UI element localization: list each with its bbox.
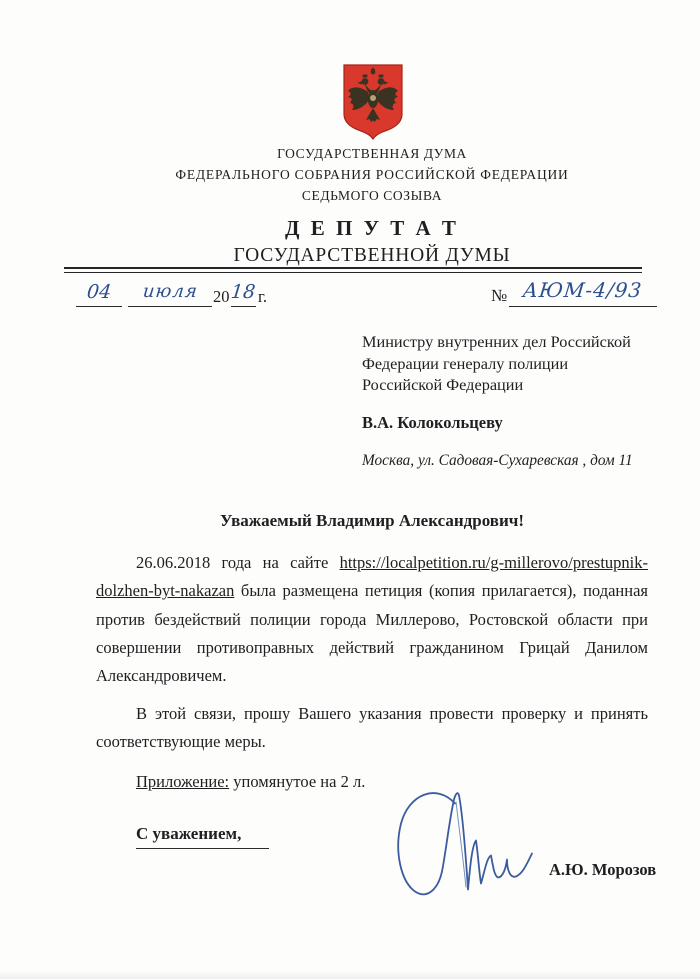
- deputy-title-line2: ГОСУДАРСТВЕННОЙ ДУМЫ: [44, 245, 700, 267]
- document-number-slot: АЮМ-4/93: [509, 278, 657, 307]
- recipient-name: В.А. Колокольцеву: [362, 413, 654, 433]
- date-year-suffix: г.: [258, 287, 267, 307]
- org-name-line2: ФЕДЕРАЛЬНОГО СОБРАНИЯ РОССИЙСКОЙ ФЕДЕРАЦ…: [44, 167, 700, 183]
- handwritten-year: 18: [230, 281, 256, 303]
- scanned-letter-page: ГОСУДАРСТВЕННАЯ ДУМА ФЕДЕРАЛЬНОГО СОБРАН…: [0, 0, 700, 979]
- date-day-slot: 04: [76, 281, 122, 307]
- handwritten-month: июля: [141, 281, 198, 302]
- recipient-block: Министру внутренних дел Российской Федер…: [362, 331, 654, 470]
- handwritten-day: 04: [86, 281, 112, 303]
- body-paragraph-2: В этой связи, прошу Вашего указания пров…: [96, 700, 648, 757]
- russia-coat-of-arms-icon: [340, 62, 406, 141]
- salutation: Уважаемый Владимир Александрович!: [96, 511, 648, 531]
- body-paragraph-1: 26.06.2018 года на сайте https://localpe…: [96, 549, 648, 690]
- number-sign: №: [491, 286, 507, 306]
- org-name-line3: СЕДЬМОГО СОЗЫВА: [44, 188, 700, 204]
- attachment-label: Приложение:: [136, 772, 229, 791]
- handwritten-signature: [393, 786, 538, 904]
- closing-phrase: С уважением,: [136, 824, 269, 849]
- handwritten-document-number: АЮМ-4/93: [522, 278, 644, 302]
- org-name-line1: ГОСУДАРСТВЕННАЯ ДУМА: [44, 146, 700, 162]
- attachment-line: Приложение: упомянутое на 2 л.: [96, 768, 648, 796]
- recipient-title-line1: Министру внутренних дел Российской: [362, 331, 654, 353]
- deputy-title: Д Е П У Т А Т: [44, 216, 700, 241]
- letterhead: ГОСУДАРСТВЕННАЯ ДУМА ФЕДЕРАЛЬНОГО СОБРАН…: [44, 146, 700, 267]
- recipient-address: Москва, ул. Садовая-Сухаревская , дом 11: [362, 452, 654, 470]
- date-century-label: 20: [213, 287, 230, 307]
- paragraph1-text-before-link: 26.06.2018 года на сайте: [136, 553, 340, 572]
- letterhead-divider-rule: [64, 267, 642, 273]
- date-month-slot: июля: [128, 281, 212, 307]
- recipient-title-line2: Федерации генералу полиции: [362, 353, 654, 375]
- date-year-slot: 18: [231, 281, 256, 307]
- recipient-title-line3: Российской Федерации: [362, 374, 654, 396]
- signer-name: А.Ю. Морозов: [549, 860, 656, 880]
- attachment-text: упомянутое на 2 л.: [229, 772, 365, 791]
